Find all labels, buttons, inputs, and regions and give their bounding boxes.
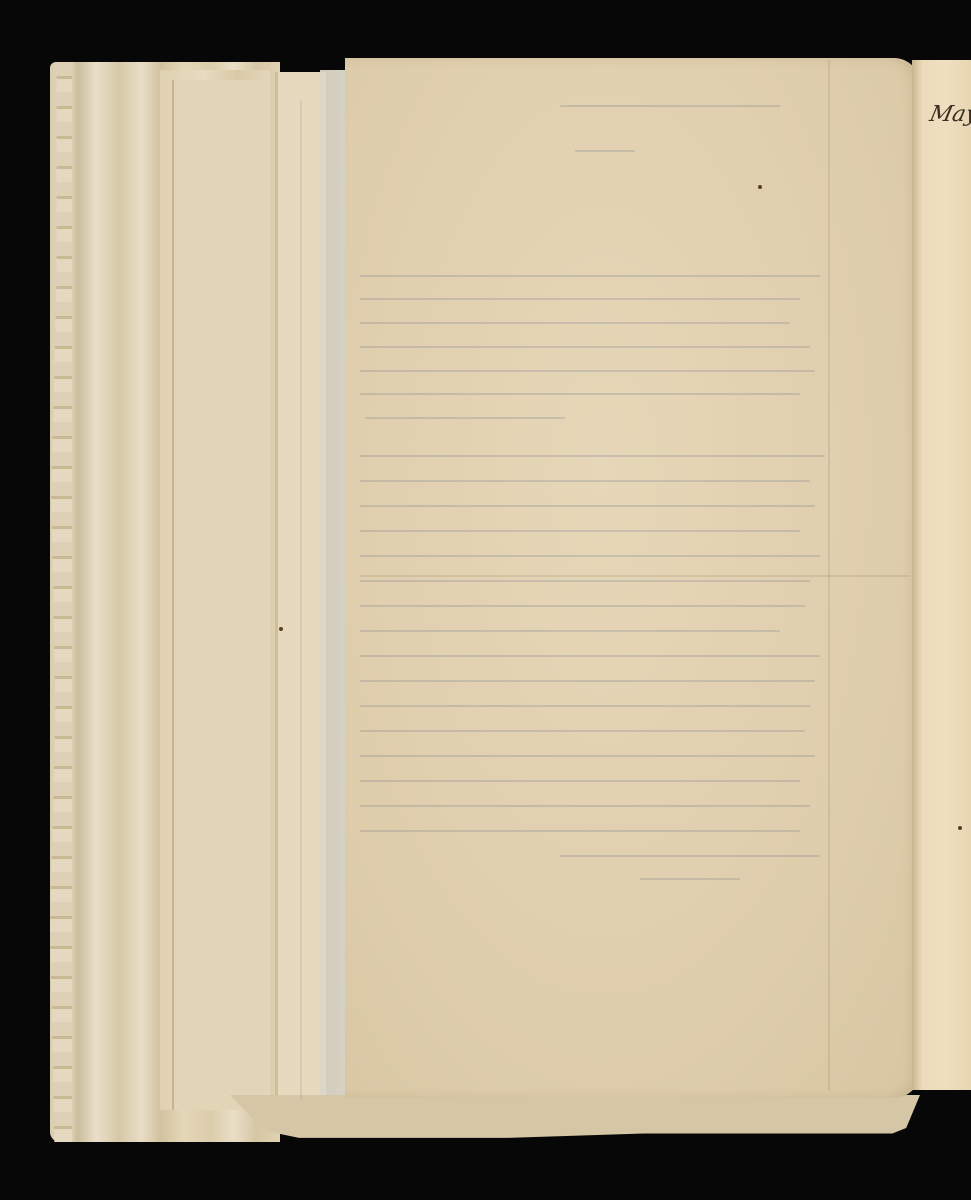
main-manuscript-leaf: [345, 58, 920, 1098]
ink-spot: [758, 185, 762, 189]
ink-spot: [279, 627, 283, 631]
ink-spot: [958, 826, 962, 830]
bottom-page-fringe: [230, 1095, 920, 1150]
margin-bleed-through: [300, 100, 302, 1100]
horizontal-fold-crease: [360, 575, 910, 577]
facing-page-heading: May: [927, 102, 971, 127]
folded-leaf: [172, 80, 266, 1110]
facing-page: [912, 60, 971, 1090]
